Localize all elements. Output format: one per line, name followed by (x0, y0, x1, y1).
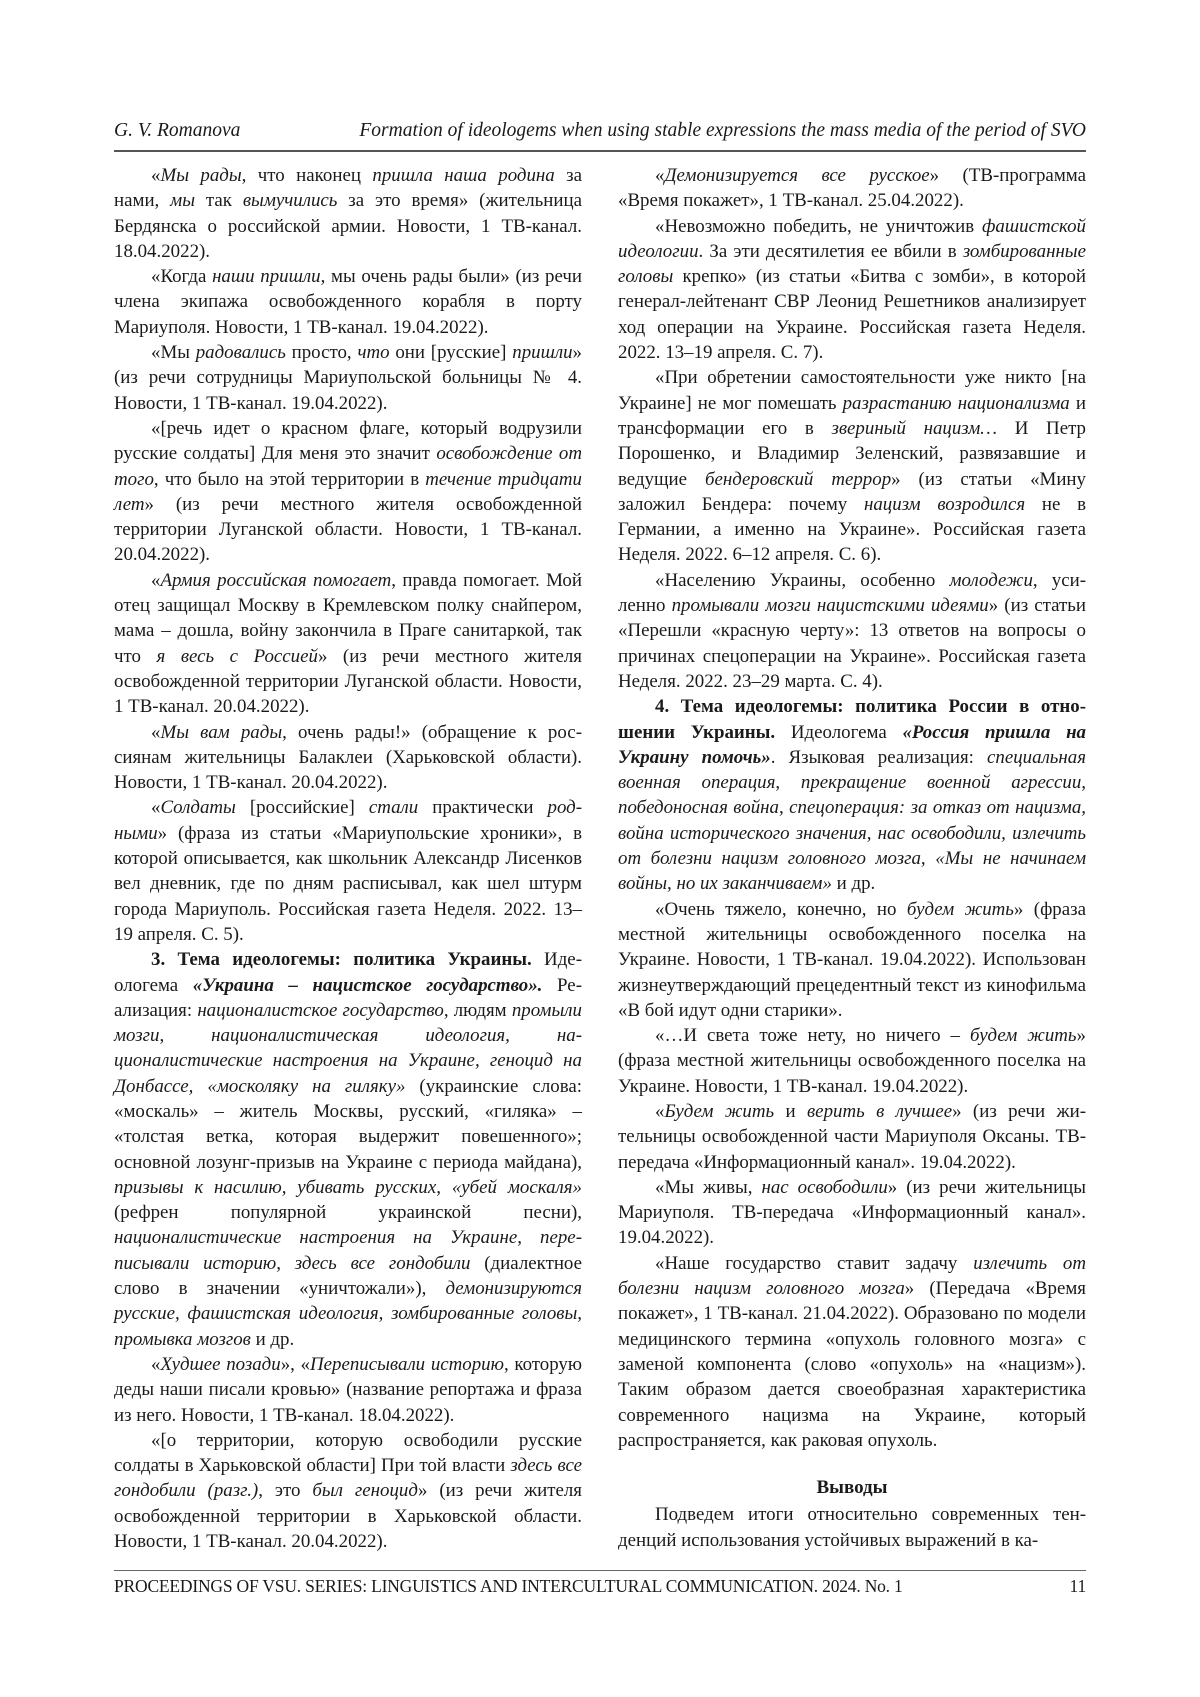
text-run: , (775, 772, 801, 793)
text-run: «Населению Украины, особенно (655, 570, 950, 591)
header-divider (114, 150, 1086, 152)
emphasis-run: что (357, 342, 389, 363)
text-run: » (Передача «Время покажет», 1 ТВ-канал.… (618, 1278, 1086, 1451)
emphasis-run: Будем жить (664, 1101, 774, 1122)
paragraph: «Когда наши пришли, мы очень рады были» … (114, 264, 582, 340)
emphasis-run: мы (170, 190, 195, 211)
text-run: [российские] (236, 797, 369, 818)
emphasis-run: призывы к насилию, убивать русских, «убе… (114, 1177, 582, 1198)
text-run: «Мы (151, 342, 196, 363)
text-run: «Очень тяжело, конечно, но (655, 899, 907, 920)
emphasis-run: Демонизируется все русское (664, 165, 929, 186)
text-run: , это (258, 1480, 312, 1501)
text-run: и др. (832, 873, 875, 894)
emphasis-run: бендеровский террор (705, 469, 891, 490)
paragraph: 4. Тема идеологемы: политика России в от… (618, 694, 1086, 896)
paragraph: «Мы рады, что наконец пришла наша родина… (114, 163, 582, 264)
text-run: » (фраза из статьи «Мариупольские хроник… (114, 823, 582, 945)
paragraph: «Будем жить и верить в лучшее» (из речи … (618, 1099, 1086, 1175)
paragraph: «Невозможно победить, не уничтожив фашис… (618, 214, 1086, 366)
emphasis-run: при­шли (512, 342, 572, 363)
emphasis-run: Армия российская помогает (160, 570, 391, 591)
paragraph: «[о территории, которую освободили русск… (114, 1428, 582, 1554)
header-article-title: Formation of ideologems when using stabl… (359, 120, 1086, 142)
text-run: просто, (286, 342, 358, 363)
emphasis-run: наши пришли (212, 266, 321, 287)
text-run: «Наше государство ставит задачу (655, 1253, 973, 1274)
emphasis-run: звериный нацизм… (831, 418, 997, 439)
paragraph: «Худшее позади», «Переписывали историю, … (114, 1352, 582, 1428)
text-run: так (195, 190, 243, 211)
emphasis-run: националистское государство (197, 1000, 444, 1021)
emphasis-run: Переписывали историю (310, 1354, 504, 1375)
text-run: . За эти десятилетия ее вбили в (699, 241, 963, 262)
emphasis-run: стали (369, 797, 418, 818)
emphasis-run: Худшее позади (160, 1354, 280, 1375)
text-run: они [русские] (390, 342, 513, 363)
article-body: «Мы рады, что наконец пришла наша родина… (114, 163, 1086, 1563)
paragraph: «Очень тяжело, конечно, но будем жить» (… (618, 897, 1086, 1023)
emphasis-run: промывали мозги нацистскими идеями (672, 595, 989, 616)
paragraph: «Населению Украины, особенно молодежи, у… (618, 568, 1086, 694)
emphasis-run: будем жить (970, 1025, 1077, 1046)
paragraph: «При обретении самостоятельности уже ник… (618, 365, 1086, 567)
text-run: «…И света тоже нету, но ничего – (655, 1025, 970, 1046)
text-run: «Невозможно победить, не уничтожив (655, 216, 982, 237)
footer-journal-name: PROCEEDINGS OF VSU. SERIES: LINGUISTICS … (114, 1576, 903, 1597)
emphasis-run: Мы вам рады (160, 722, 282, 743)
text-run: Идеологема (775, 722, 902, 743)
text-run: » (из речи местного жителя осво­божденно… (114, 494, 582, 566)
emphasis-run: Мы рады (160, 165, 241, 186)
text-run: , (159, 1025, 211, 1046)
right-column-paragraphs: «Демонизируется все русское» (ТВ-програм… (618, 163, 1086, 1453)
header-author: G. V. Romanova (114, 120, 240, 142)
emphasis-run: 3. Тема идеологемы: политика Украины. (151, 949, 532, 970)
text-run: . Языковая реализация: (771, 747, 987, 768)
paragraph: «Мы вам рады, очень рады!» (обращение к … (114, 720, 582, 796)
emphasis-run: Солдаты (160, 797, 235, 818)
emphasis-run: вымучились (243, 190, 338, 211)
text-run: , что было на этой территории в (154, 469, 425, 490)
text-run: », « (281, 1354, 310, 1375)
emphasis-run: верить в лучшее (807, 1101, 952, 1122)
paragraph: «[речь идет о красном флаге, который вод… (114, 416, 582, 568)
emphasis-run: молодежи (950, 570, 1033, 591)
emphasis-run: пришла наша родина (372, 165, 554, 186)
paragraph: «Мы живы, нас освободили» (из речи жител… (618, 1175, 1086, 1251)
page-number: 11 (1070, 1576, 1086, 1597)
running-header: G. V. Romanova Formation of ideologems w… (114, 120, 1086, 146)
paragraph: «Наше государство ставит задачу излечить… (618, 1251, 1086, 1453)
paragraph: «…И света тоже нету, но ничего – будем ж… (618, 1023, 1086, 1099)
text-run: (рефрен популярной украинской песни), (114, 1202, 582, 1223)
paragraph: 3. Тема идеологемы: политика Украины. Ид… (114, 947, 582, 1352)
footer-divider (114, 1570, 1086, 1571)
emphasis-run: будем жить (907, 899, 1014, 920)
journal-page: G. V. Romanova Formation of ideologems w… (0, 0, 1200, 1697)
conclusions-paragraph: Подведем итоги относительно современных … (618, 1502, 1086, 1553)
emphasis-run: был геноцид (312, 1480, 418, 1501)
text-run: и др. (251, 1329, 294, 1350)
text-run: практически (418, 797, 547, 818)
emphasis-run: я весь с Россией (157, 646, 318, 667)
emphasis-run: разрастанию нацио­нализма (843, 393, 1070, 414)
text-run: , что наконец (242, 165, 373, 186)
text-run: , людям (444, 1000, 512, 1021)
emphasis-run: нас освободили (761, 1177, 887, 1198)
right-column: «Демонизируется все русское» (ТВ-програм… (618, 163, 1086, 1563)
text-run: крепко» (из статьи «Битва с зомби», в ко… (618, 266, 1086, 363)
paragraph: «Солдаты [российские] стали практически … (114, 795, 582, 947)
text-run: «Когда (151, 266, 212, 287)
emphasis-run: радовались (196, 342, 286, 363)
left-column: «Мы рады, что наконец пришла наша родина… (114, 163, 582, 1563)
text-run: «Мы живы, (655, 1177, 761, 1198)
text-run: и (774, 1101, 807, 1122)
emphasis-run: нацизм возродился (864, 494, 1025, 515)
section-heading-conclusions: Выводы (618, 1475, 1086, 1500)
emphasis-run: «Украина – нацистское государство». (193, 975, 543, 996)
paragraph: «Мы радовались просто, что они [русские]… (114, 340, 582, 416)
paragraph: «Демонизируется все русское» (ТВ-програм… (618, 163, 1086, 214)
paragraph: «Армия российская помогает, правда помог… (114, 568, 582, 720)
running-footer: PROCEEDINGS OF VSU. SERIES: LINGUISTICS … (114, 1576, 1086, 1597)
